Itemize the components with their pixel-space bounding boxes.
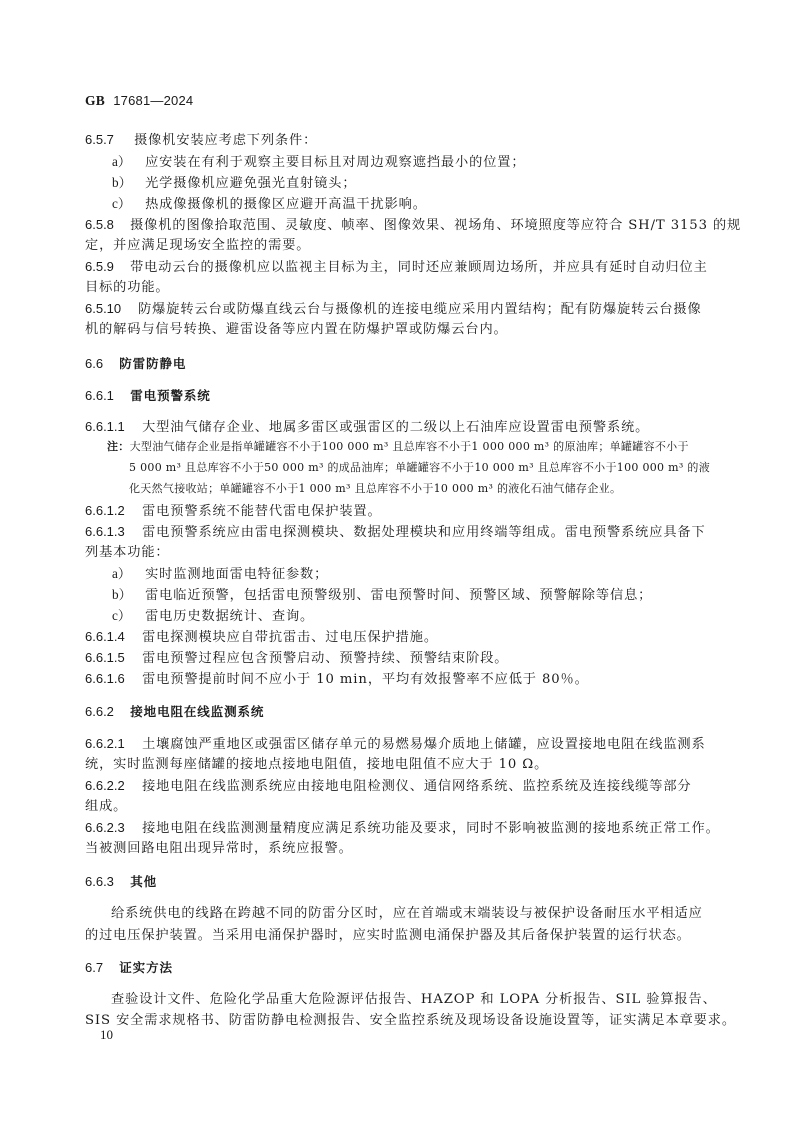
clause-number: 6.6.1.1 [85, 418, 137, 436]
clause-text: 带电动云台的摄像机应以监视主目标为主，同时还应兼顾周边场所，并应具有延时自动归位… [130, 260, 708, 275]
clause-6-6-1-5: 6.6.1.5 雷电预警过程应包含预警启动、预警持续、预警结束阶段。 [85, 649, 713, 668]
clause-number: 6.6.1.2 [85, 502, 137, 520]
clause-6-6-1-6: 6.6.1.6 雷电预警提前时间不应小于 10 min，平均有效报警率不应低于 … [85, 670, 713, 689]
clause-6-6-1-1: 6.6.1.1 大型油气储存企业、地属多雷区或强雷区的二级以上石油库应设置雷电预… [85, 418, 713, 437]
clause-text: 接地电阻在线监测系统应由接地电阻检测仪、通信网络系统、监控系统及连接线缆等部分 [142, 779, 691, 794]
clause-text: 防爆旋转云台或防爆直线云台与摄像机的连接电缆应采用内置结构；配有防爆旋转云台摄像 [138, 302, 702, 317]
section-number: 6.7 [85, 959, 114, 977]
list-marker: c） [112, 195, 140, 213]
clause-text: 土壤腐蚀严重地区或强雷区储存单元的易燃易爆介质地上储罐，应设置接地电阻在线监测系 [142, 737, 706, 752]
clause-number: 6.6.1.6 [85, 670, 137, 688]
list-text: 实时监测地面雷电特征参数； [145, 567, 328, 582]
clause-6-5-10: 6.5.10 防爆旋转云台或防爆直线云台与摄像机的连接电缆应采用内置结构；配有防… [85, 300, 713, 319]
list-marker: c） [112, 607, 140, 625]
clause-text: 雷电预警系统不能替代雷电保护装置。 [142, 504, 382, 519]
list-text: 热成像摄像机的摄像区应避开高温干扰影响。 [145, 197, 427, 212]
clause-number: 6.6.2.2 [85, 777, 137, 795]
list-item: c） 雷电历史数据统计、查询。 [112, 607, 712, 626]
clause-number: 6.5.8 [85, 216, 125, 234]
clause-text: 摄像机的图像拾取范围、灵敏度、帧率、图像效果、视场角、环境照度等应符合 SH/T… [130, 218, 741, 233]
clause-text: 雷电预警提前时间不应小于 10 min，平均有效报警率不应低于 80％。 [142, 672, 589, 687]
section-heading-6-6-2: 6.6.2 接地电阻在线监测系统 [85, 703, 713, 721]
clause-text-continued: 统，实时监测每座储罐的接地点接地电阻值，接地电阻值不应大于 10 Ω。 [85, 756, 713, 774]
clause-6-6-2-3: 6.6.2.3 接地电阻在线监测测量精度应满足系统功能及要求，同时不影响被监测的… [85, 819, 713, 838]
clause-text: 摄像机安装应考虑下列条件： [134, 133, 317, 148]
clause-number: 6.6.1.4 [85, 628, 137, 646]
list-text: 光学摄像机应避免强光直射镜头； [145, 176, 356, 191]
list-marker: b） [112, 586, 140, 604]
section-heading-6-6-3: 6.6.3 其他 [85, 873, 713, 891]
clause-text-continued: 组成。 [85, 798, 713, 816]
list-item: b） 雷电临近预警，包括雷电预警级别、雷电预警时间、预警区域、预警解除等信息； [112, 586, 712, 605]
note: 注：大型油气储存企业是指单罐罐容不小于100 000 m³ 且总库容不小于1 0… [107, 438, 713, 455]
list-marker: a） [112, 565, 140, 583]
clause-number: 6.6.1.3 [85, 523, 137, 541]
clause-6-6-1-3: 6.6.1.3 雷电预警系统应由雷电探测模块、数据处理模块和应用终端等组成。雷电… [85, 523, 713, 542]
clause-6-6-1-4: 6.6.1.4 雷电探测模块应自带抗雷击、过电压保护措施。 [85, 628, 713, 647]
clause-number: 6.5.7 [85, 131, 129, 149]
section-title: 雷电预警系统 [130, 388, 210, 403]
clause-number: 6.5.10 [85, 300, 133, 318]
clause-6-5-9: 6.5.9 带电动云台的摄像机应以监视主目标为主，同时还应兼顾周边场所，并应具有… [85, 258, 713, 277]
section-heading-6-6: 6.6 防雷防静电 [85, 355, 713, 373]
section-title: 其他 [130, 874, 157, 889]
section-number: 6.6 [85, 355, 114, 373]
standard-number: 17681—2024 [113, 93, 193, 108]
clause-number: 6.6.2.3 [85, 819, 137, 837]
clause-text: 雷电预警系统应由雷电探测模块、数据处理模块和应用终端等组成。雷电预警系统应具备下 [142, 525, 706, 540]
note-text: 大型油气储存企业是指单罐罐容不小于100 000 m³ 且总库容不小于1 000… [130, 440, 689, 453]
list-text: 应安装在有利于观察主要目标且对周边观察遮挡最小的位置； [145, 155, 525, 170]
clause-text: 雷电预警过程应包含预警启动、预警持续、预警结束阶段。 [142, 651, 508, 666]
section-title: 接地电阻在线监测系统 [130, 704, 264, 719]
standard-prefix: GB [85, 93, 105, 108]
note-text-continued: 5 000 m³ 且总库容不小于50 000 m³ 的成品油库；单罐罐容不小于1… [129, 459, 713, 476]
clause-text-continued: 机的解码与信号转换、避雷设备等应内置在防爆护罩或防爆云台内。 [85, 321, 713, 339]
clause-text-continued: 当被测回路电阻出现异常时，系统应报警。 [85, 840, 713, 858]
clause-text: 接地电阻在线监测测量精度应满足系统功能及要求，同时不影响被监测的接地系统正常工作… [142, 821, 720, 836]
clause-number: 6.6.1.5 [85, 649, 137, 667]
clause-text: 大型油气储存企业、地属多雷区或强雷区的二级以上石油库应设置雷电预警系统。 [142, 420, 649, 435]
list-item: a） 实时监测地面雷电特征参数； [112, 565, 712, 584]
section-number: 6.6.2 [85, 703, 125, 721]
section-title: 证实方法 [119, 960, 173, 975]
paragraph-text: 给系统供电的线路在跨越不同的防雷分区时，应在首端或末端装设与被保护设备耐压水平相… [85, 905, 713, 923]
clause-6-6-2-1: 6.6.2.1 土壤腐蚀严重地区或强雷区储存单元的易燃易爆介质地上储罐，应设置接… [85, 735, 713, 754]
list-item: b） 光学摄像机应避免强光直射镜头； [112, 174, 712, 193]
paragraph-text-continued: 的过电压保护装置。当采用电涌保护器时，应实时监测电涌保护器及其后备保护装置的运行… [85, 927, 713, 945]
clause-number: 6.6.2.1 [85, 735, 137, 753]
clause-text-continued: 列基本功能： [85, 544, 713, 562]
clause-6-6-2-2: 6.6.2.2 接地电阻在线监测系统应由接地电阻检测仪、通信网络系统、监控系统及… [85, 777, 713, 796]
clause-6-5-7: 6.5.7 摄像机安装应考虑下列条件： [85, 131, 713, 150]
list-text: 雷电临近预警，包括雷电预警级别、雷电预警时间、预警区域、预警解除等信息； [145, 588, 652, 603]
list-text: 雷电历史数据统计、查询。 [145, 609, 314, 624]
list-item: c） 热成像摄像机的摄像区应避开高温干扰影响。 [112, 195, 712, 214]
section-number: 6.6.1 [85, 387, 125, 405]
note-label: 注： [107, 440, 130, 453]
list-marker: b） [112, 174, 140, 192]
document-header: GB 17681—2024 [85, 93, 193, 109]
page-number: 10 [100, 1027, 113, 1043]
clause-text: 雷电探测模块应自带抗雷击、过电压保护措施。 [142, 630, 438, 645]
list-marker: a） [112, 153, 140, 171]
section-title: 防雷防静电 [119, 356, 186, 371]
clause-number: 6.5.9 [85, 258, 125, 276]
list-item: a） 应安装在有利于观察主要目标且对周边观察遮挡最小的位置； [112, 153, 712, 172]
note-text-continued: 化天然气接收站；单罐罐容不小于1 000 m³ 且总库容不小于10 000 m³… [129, 480, 713, 497]
section-heading-6-7: 6.7 证实方法 [85, 959, 713, 977]
section-number: 6.6.3 [85, 873, 125, 891]
clause-6-5-8: 6.5.8 摄像机的图像拾取范围、灵敏度、帧率、图像效果、视场角、环境照度等应符… [85, 216, 713, 235]
clause-text-continued: 目标的功能。 [85, 279, 713, 297]
clause-text-continued: 定，并应满足现场安全监控的需要。 [85, 237, 713, 255]
clause-6-6-1-2: 6.6.1.2 雷电预警系统不能替代雷电保护装置。 [85, 502, 713, 521]
paragraph-text: 查验设计文件、危险化学品重大危险源评估报告、HAZOP 和 LOPA 分析报告、… [85, 991, 713, 1009]
paragraph-text-continued: SIS 安全需求规格书、防雷防静电检测报告、安全监控系统及现场设备设施设置等，证… [85, 1012, 713, 1030]
section-heading-6-6-1: 6.6.1 雷电预警系统 [85, 387, 713, 405]
